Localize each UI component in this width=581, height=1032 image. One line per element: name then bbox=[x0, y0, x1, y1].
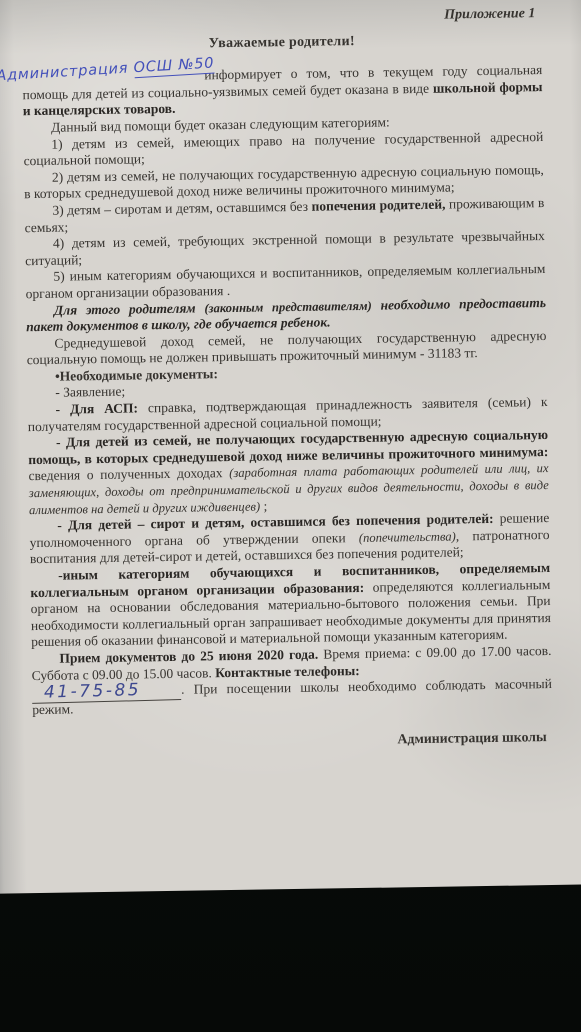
doc-item-low-income: - Для детей из семей, не получающих госу… bbox=[28, 427, 549, 518]
doc-item-low-income-bold: - Для детей из семей, не получающих госу… bbox=[28, 427, 548, 467]
handwritten-school-name: Администрация ОСШ №50 bbox=[0, 56, 215, 86]
category-item-3-pre: 3) детям – сиротам и детям, оставшимся б… bbox=[52, 199, 311, 218]
doc-item-orphans-italic: (попечительства) bbox=[359, 529, 456, 545]
schedule-phones-label: Контактные телефоны: bbox=[215, 663, 360, 680]
document-page: Приложение 1 Уважаемые родители! Админис… bbox=[0, 0, 581, 894]
doc-item-asp-bold: - Для АСП: bbox=[55, 400, 148, 416]
doc-item-low-income-tail: ; bbox=[260, 498, 267, 513]
photo-scene: Приложение 1 Уважаемые родители! Админис… bbox=[0, 0, 581, 1032]
document-content: Приложение 1 Уважаемые родители! Админис… bbox=[0, 0, 581, 754]
notice-pre: Для этого родителям bbox=[54, 300, 205, 317]
handwritten-school-part1: Администрация bbox=[0, 60, 134, 84]
doc-item-low-income-normal: сведения о полученных доходах bbox=[28, 465, 229, 483]
handwritten-phone-number: 41-75-85 bbox=[32, 682, 182, 704]
handwritten-school-part2: ОСШ №50 bbox=[133, 56, 215, 79]
category-item-3-bold: попечения родителей, bbox=[311, 197, 445, 214]
notice-paren: (законным представителям) bbox=[204, 298, 372, 315]
intro-paragraph: Администрация ОСШ №50информирует о том, … bbox=[22, 62, 543, 120]
schedule-paragraph: Прием документов до 25 июня 2020 года. В… bbox=[31, 643, 552, 719]
doc-item-other-categories: -иным категориям обучающихся и воспитанн… bbox=[30, 560, 551, 651]
greeting-title: Уважаемые родители! bbox=[22, 31, 542, 56]
doc-item-orphans: - Для детей – сирот и детям, оставшимся … bbox=[29, 510, 550, 568]
appendix-label: Приложение 1 bbox=[21, 6, 541, 31]
signature-line: Администрация школы bbox=[33, 729, 553, 754]
